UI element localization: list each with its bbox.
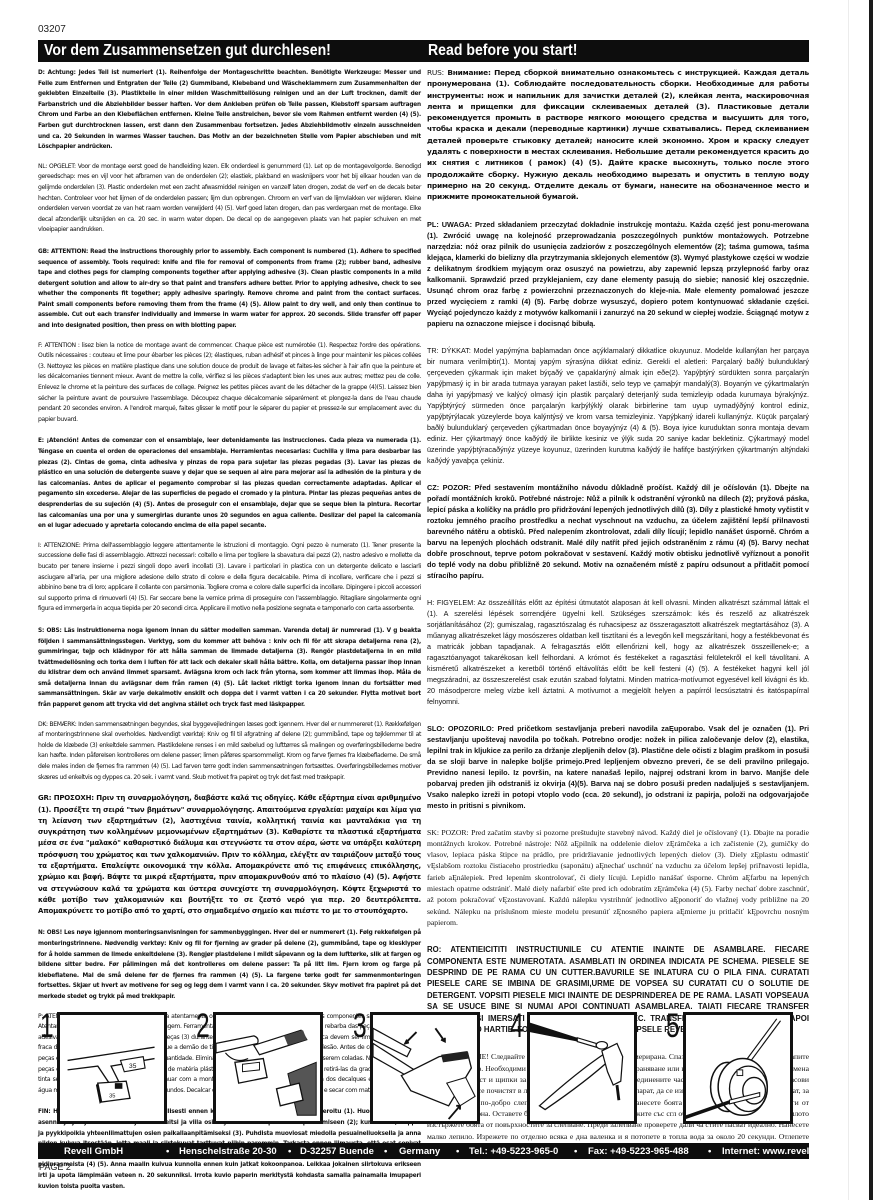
company-phone: Tel.: +49-5223-965-0	[469, 1146, 558, 1157]
instructions-tr: TR: DÝKKAT: Model yapýmýna baþlamadan ön…	[427, 345, 809, 466]
instructions-rus: RUS: Внимание: Перед сборкой внимательно…	[427, 67, 809, 203]
title-english: Read before you start!	[428, 42, 577, 60]
title-german: Vor dem Zusammensetzen gut durchlesen!	[44, 42, 331, 60]
step-number: 4	[510, 1007, 524, 1046]
step-number: 2	[196, 1007, 210, 1046]
instructions-i: I: ATTENZIONE: Prima dell'assemblaggio l…	[38, 541, 421, 615]
instructions-h: H: FIGYELEM: Az összeállítás előtt az ép…	[427, 597, 809, 707]
instructions-n: N: OBS! Les nøye igjennom monteringsanvi…	[38, 927, 421, 1001]
step-number: 3	[353, 1007, 367, 1046]
instructions-gb: GB: ATTENTION: Read the instructions tho…	[38, 246, 421, 331]
instructions-cz: CZ: POZOR: Před sestavením montážního ná…	[427, 482, 809, 581]
paint-on-sprue-icon	[527, 1012, 637, 1124]
step-number: 5	[666, 1007, 680, 1046]
file-and-knife-deburr-icon	[213, 1012, 323, 1124]
scan-edge	[869, 0, 873, 1200]
instructions-sk: SK: POZOR: Pred začatím stavby si pozorn…	[427, 827, 809, 929]
instructions-e: E: ¡Atención! Antes de comenzar con el e…	[38, 435, 421, 530]
part-number-label: 35	[129, 1063, 137, 1070]
instructions-f: F: ATTENTION : lisez bien la notice de m…	[38, 341, 421, 426]
company-website: Internet: www.revell.de	[722, 1146, 826, 1157]
scan-edge-shadow	[848, 0, 849, 1200]
company-street: Henschelstraße 20-30	[179, 1146, 277, 1157]
instructions-right-column: RUS: Внимание: Перед сборкой внимательно…	[427, 67, 809, 1153]
step-number: 1	[40, 1007, 54, 1046]
assembly-steps: 1 35 35 2	[38, 1005, 809, 1125]
instructions-dk: DK: BEMÆRK: Inden sammensætningen begynd…	[38, 720, 421, 784]
instructions-de: D: Achtung: Jedes Teil ist numeriert (1)…	[38, 67, 421, 152]
page-number: PAGE 2	[39, 1162, 71, 1172]
instructions-nl: NL: OPGELET: Voor de montage eerst goed …	[38, 162, 421, 236]
clamp-glued-parts-icon	[370, 1012, 480, 1124]
document-code: 03207	[38, 24, 66, 35]
title-bar: Vor dem Zusammensetzen gut durchlesen! R…	[38, 40, 809, 62]
svg-text:35: 35	[109, 1093, 115, 1099]
apply-decal-icon	[683, 1012, 793, 1124]
instructions-slo: SLO: OPOZORILO: Pred pričetkom sestavlja…	[427, 723, 809, 811]
instructions-s: S: OBS: Läs instruktionerna noga igenom …	[38, 625, 421, 710]
footer-contact-bar: Revell GmbH • Henschelstraße 20-30 • D-3…	[38, 1143, 809, 1159]
instructions-gr: GR: ΠΡΟΣΟΧΗ: Πριν τη συναρμολόγηση, διαβ…	[38, 793, 421, 917]
company-name: Revell GmbH	[64, 1146, 123, 1157]
company-country: Germany	[399, 1146, 440, 1157]
company-city: D-32257 Buende	[300, 1146, 374, 1157]
company-fax: Fax: +49-5223-965-488	[588, 1146, 689, 1157]
remove-part-from-sprue-icon: 35 35	[57, 1012, 167, 1124]
instructions-pl: PL: UWAGA: Przed składaniem przeczytać d…	[427, 219, 809, 329]
